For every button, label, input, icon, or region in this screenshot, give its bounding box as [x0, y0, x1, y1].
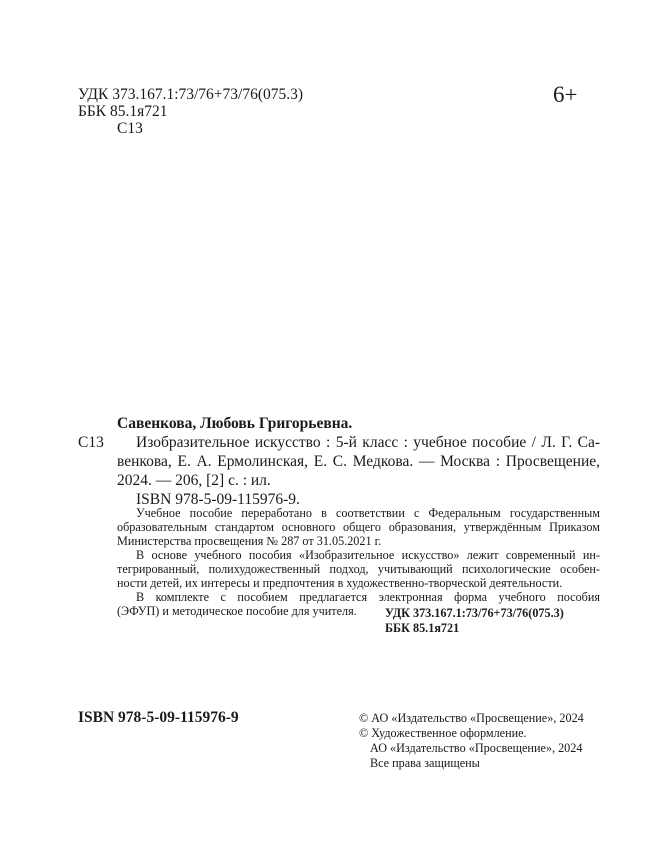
annotation-line: В основе учебного пособия «Изобразительн…: [136, 548, 600, 562]
classification-bbk: ББК 85.1я721: [385, 621, 459, 635]
annotation-line: (ЭФУП) и методическое пособие для учител…: [117, 604, 357, 618]
annotation-line: Министерства просвещения № 287 от 31.05.…: [117, 534, 381, 548]
annotation-line: ности детей, их интересы и предпочтения …: [117, 576, 562, 590]
author-mark: С13: [117, 120, 143, 137]
annotation-line: В комплекте с пособием предлагается элек…: [136, 590, 600, 604]
copyright-line: Все права защищены: [370, 756, 480, 770]
copyright-line: © Художественное оформление.: [359, 726, 527, 740]
annotation-line: Учебное пособие переработано в соответст…: [136, 506, 600, 520]
record-title-line: 2024. — 206, [2] с. : ил.: [117, 471, 271, 490]
bbk-code: ББК 85.1я721: [78, 103, 168, 120]
record-title-line: венкова, Е. А. Ермолинская, Е. С. Медков…: [117, 452, 600, 471]
footer-isbn: ISBN 978-5-09-115976-9: [78, 709, 239, 727]
annotation-line: образовательным стандартом основного общ…: [117, 520, 600, 534]
record-author-mark: С13: [78, 433, 104, 452]
classification-udk: УДК 373.167.1:73/76+73/76(075.3): [385, 606, 564, 620]
record-title-line: Изобразительное искусство : 5-й класс : …: [136, 433, 600, 452]
record-author: Савенкова, Любовь Григорьевна.: [117, 414, 352, 433]
annotation-line: тегрированный, полихудожественный подход…: [117, 562, 600, 576]
age-rating: 6+: [553, 82, 577, 108]
copyright-line: © АО «Издательство «Просвещение», 2024: [359, 711, 584, 725]
udk-code: УДК 373.167.1:73/76+73/76(075.3): [78, 86, 303, 103]
copyright-line: АО «Издательство «Просвещение», 2024: [370, 741, 582, 755]
